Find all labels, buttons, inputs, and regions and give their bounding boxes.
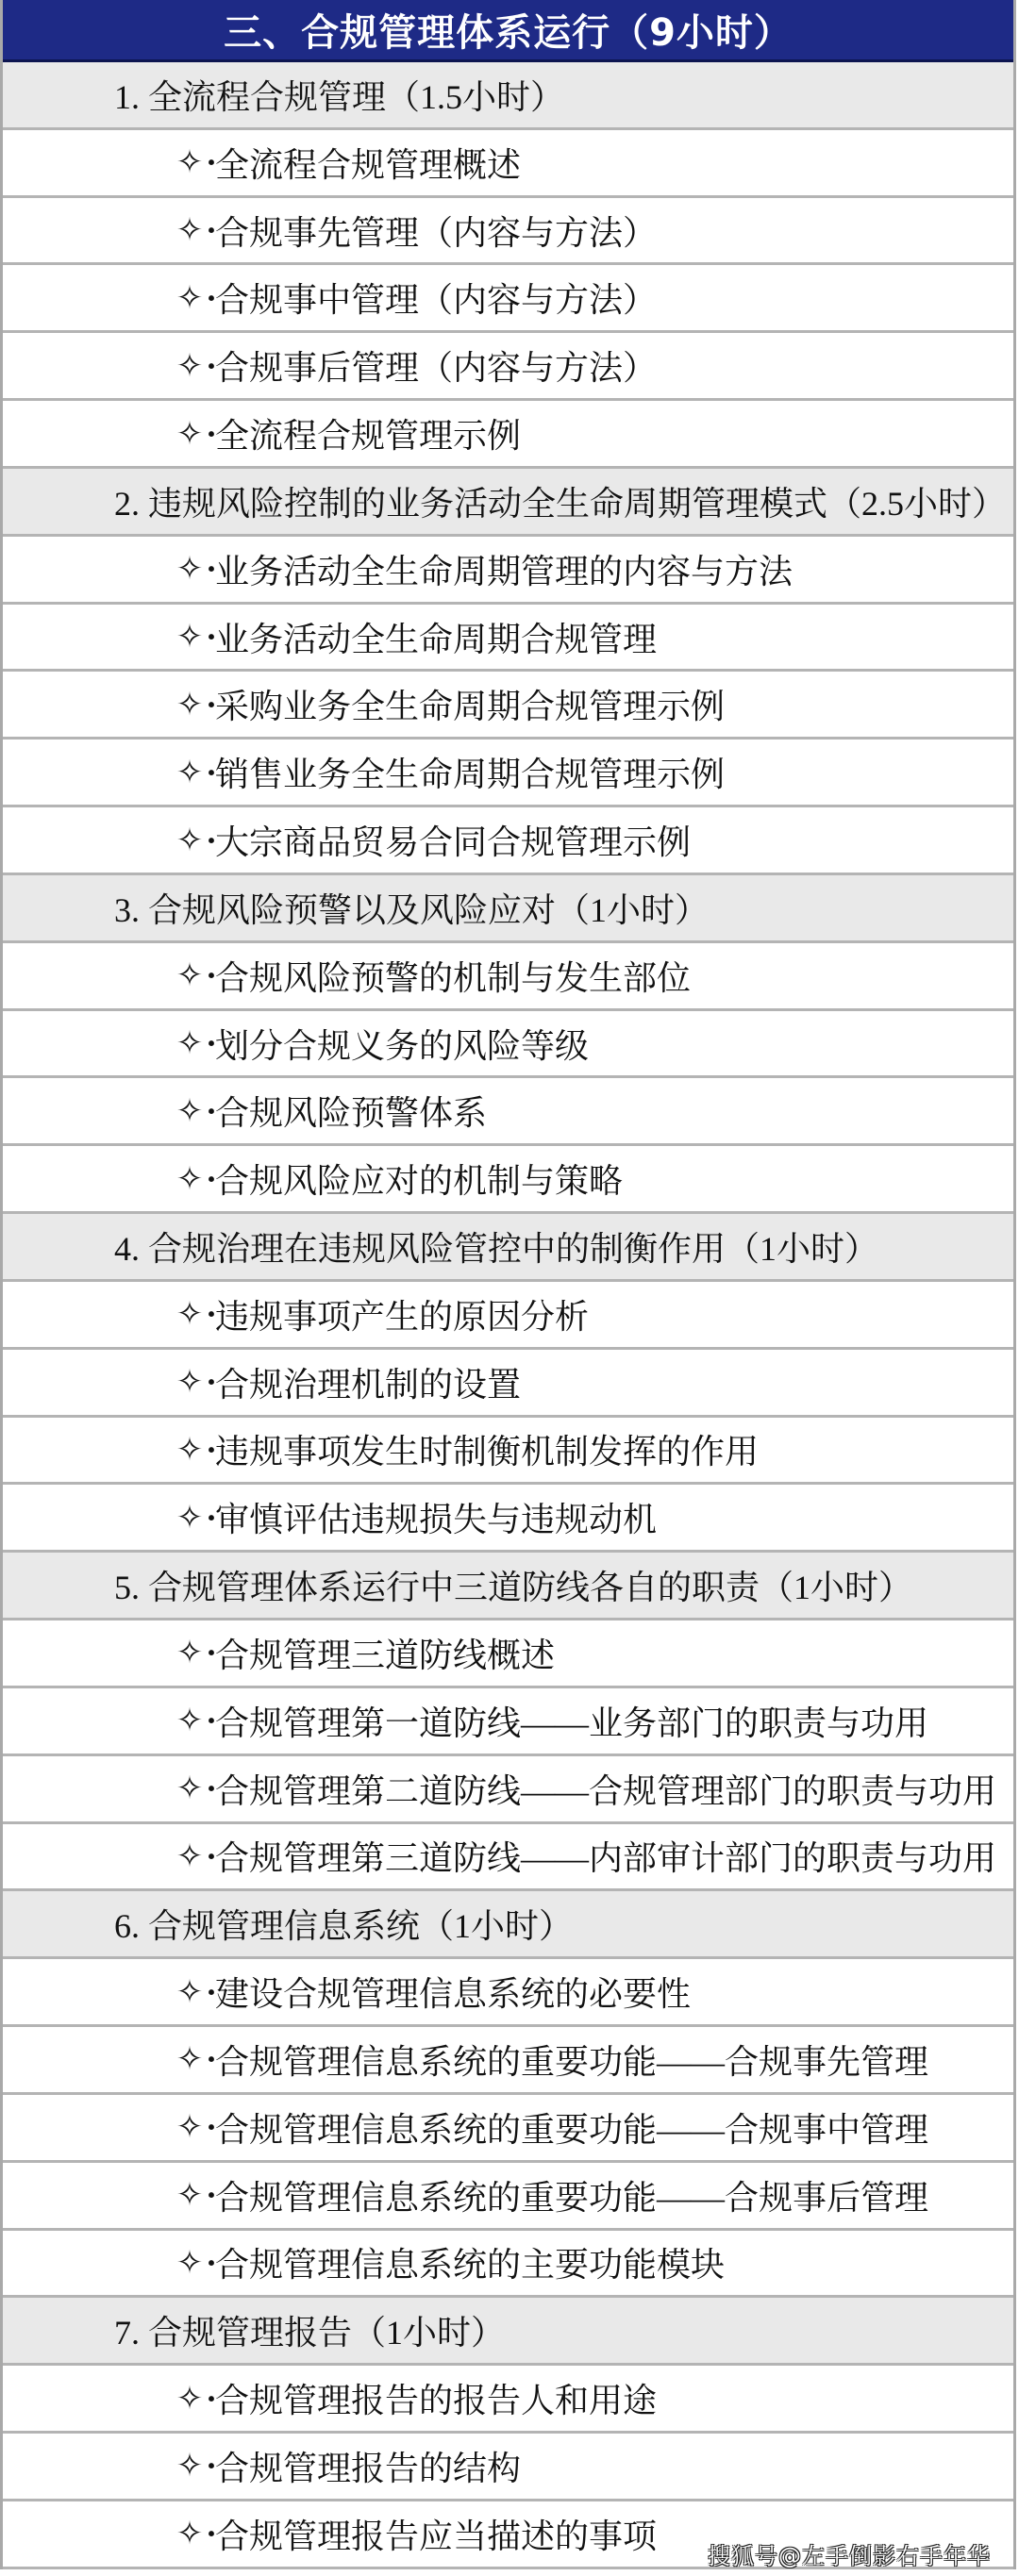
bullet-dot: · (206, 549, 215, 589)
list-item-label: 违规事项产生的原因分析 (215, 1290, 589, 1338)
list-item-label: 合规管理第二道防线——合规管理部门的职责与功用 (215, 1765, 996, 1813)
list-item-label: 合规管理报告的结构 (215, 2442, 521, 2490)
bullet-dot: · (206, 278, 215, 318)
list-item: ✧·合规风险预警体系 (3, 1078, 1013, 1146)
section-heading-2: 2. 违规风险控制的业务活动全生命周期管理模式（2.5小时） (3, 469, 1013, 537)
list-item: ✧·销售业务全生命周期合规管理示例 (3, 740, 1013, 807)
section-heading-4: 4. 合规治理在违规风险管控中的制衡作用（1小时） (3, 1214, 1013, 1282)
section-heading-label: 4. 合规治理在违规风险管控中的制衡作用（1小时） (114, 1222, 878, 1271)
list-item: ✧·合规管理报告的报告人和用途 (3, 2366, 1013, 2434)
four-point-star-icon: ✧ (174, 959, 206, 991)
bullet-dot: · (206, 1362, 215, 1402)
four-point-star-icon: ✧ (174, 2383, 206, 2415)
bullet-dot: · (206, 2039, 215, 2079)
list-item: ✧·划分合规义务的风险等级 (3, 1011, 1013, 1079)
list-item: ✧·合规风险预警的机制与发生部位 (3, 943, 1013, 1011)
bullet-dot: · (206, 753, 215, 792)
list-item-label: 合规管理信息系统的重要功能——合规事中管理 (215, 2103, 928, 2152)
four-point-star-icon: ✧ (174, 350, 206, 382)
bullet-dot: · (206, 2107, 215, 2147)
four-point-star-icon: ✧ (174, 1163, 206, 1195)
four-point-star-icon: ✧ (174, 2179, 206, 2211)
bullet-dot: · (206, 1701, 215, 1740)
four-point-star-icon: ✧ (174, 1502, 206, 1534)
list-item: ✧·合规风险应对的机制与策略 (3, 1146, 1013, 1214)
four-point-star-icon: ✧ (174, 2450, 206, 2482)
bullet-dot: · (206, 1836, 215, 1876)
four-point-star-icon: ✧ (174, 1434, 206, 1466)
bullet-dot: · (206, 414, 215, 454)
four-point-star-icon: ✧ (174, 553, 206, 585)
bullet-dot: · (206, 1498, 215, 1537)
section-heading-label: 1. 全流程合规管理（1.5小时） (114, 71, 564, 119)
list-item: ✧·合规管理三道防线概述 (3, 1620, 1013, 1688)
outline-rows: 1. 全流程合规管理（1.5小时）✧·全流程合规管理概述✧·合规事先管理（内容与… (3, 62, 1013, 2569)
list-item: ✧·审慎评估违规损失与违规动机 (3, 1485, 1013, 1553)
bullet-dot: · (206, 2175, 215, 2215)
watermark: 搜狐号@左手倒影右手年华 (708, 2537, 991, 2570)
four-point-star-icon: ✧ (174, 1366, 206, 1398)
list-item: ✧·合规事中管理（内容与方法） (3, 265, 1013, 333)
bullet-dot: · (206, 1091, 215, 1131)
bullet-dot: · (206, 2243, 215, 2283)
list-item-label: 合规事后管理（内容与方法） (215, 341, 657, 390)
section-heading-6: 6. 合规管理信息系统（1小时） (3, 1891, 1013, 1959)
list-item-label: 大宗商品贸易合同合规管理示例 (215, 816, 691, 864)
four-point-star-icon: ✧ (174, 824, 206, 856)
list-item-label: 合规管理信息系统的重要功能——合规事后管理 (215, 2171, 928, 2219)
section-heading-7: 7. 合规管理报告（1小时） (3, 2298, 1013, 2366)
list-item-label: 业务活动全生命周期合规管理 (215, 613, 657, 661)
list-item-label: 合规管理三道防线概述 (215, 1629, 555, 1677)
list-item-label: 合规管理报告应当描述的事项 (215, 2510, 657, 2558)
four-point-star-icon: ✧ (174, 1027, 206, 1059)
list-item-label: 合规管理信息系统的重要功能——合规事先管理 (215, 2036, 928, 2084)
list-item: ✧·合规管理第三道防线——内部审计部门的职责与功用 (3, 1824, 1013, 1892)
list-item: ✧·合规管理报告的结构 (3, 2434, 1013, 2501)
bullet-dot: · (206, 1159, 215, 1199)
section-heading-label: 7. 合规管理报告（1小时） (114, 2306, 505, 2354)
four-point-star-icon: ✧ (174, 1772, 206, 1804)
section-heading-5: 5. 合规管理体系运行中三道防线各自的职责（1小时） (3, 1553, 1013, 1620)
bullet-dot: · (206, 2446, 215, 2485)
four-point-star-icon: ✧ (174, 1298, 206, 1330)
list-item: ✧·大宗商品贸易合同合规管理示例 (3, 807, 1013, 875)
list-item-label: 合规管理信息系统的主要功能模块 (215, 2238, 725, 2286)
section-heading-1: 1. 全流程合规管理（1.5小时） (3, 62, 1013, 130)
four-point-star-icon: ✧ (174, 1840, 206, 1872)
course-outline-table: 三、合规管理体系运行（9小时） 1. 全流程合规管理（1.5小时）✧·全流程合规… (0, 0, 1016, 2569)
section-heading-label: 6. 合规管理信息系统（1小时） (114, 1900, 573, 1948)
four-point-star-icon: ✧ (174, 1637, 206, 1669)
four-point-star-icon: ✧ (174, 2111, 206, 2143)
bullet-dot: · (206, 2514, 215, 2553)
list-item-label: 业务活动全生命周期管理的内容与方法 (215, 545, 793, 593)
list-item: ✧·违规事项产生的原因分析 (3, 1282, 1013, 1350)
list-item: ✧·合规管理信息系统的重要功能——合规事中管理 (3, 2095, 1013, 2163)
bullet-dot: · (206, 1294, 215, 1334)
list-item: ✧·合规管理信息系统的重要功能——合规事先管理 (3, 2027, 1013, 2095)
list-item-label: 全流程合规管理概述 (215, 139, 521, 187)
four-point-star-icon: ✧ (174, 146, 206, 178)
list-item-label: 建设合规管理信息系统的必要性 (215, 1968, 691, 2016)
list-item: ✧·全流程合规管理示例 (3, 401, 1013, 469)
bullet-dot: · (206, 210, 215, 250)
list-item: ✧·合规事后管理（内容与方法） (3, 333, 1013, 401)
list-item-label: 合规风险预警的机制与发生部位 (215, 952, 691, 1000)
list-item-label: 合规管理第三道防线——内部审计部门的职责与功用 (215, 1832, 996, 1880)
list-item-label: 销售业务全生命周期合规管理示例 (215, 748, 725, 796)
bullet-dot: · (206, 685, 215, 724)
four-point-star-icon: ✧ (174, 689, 206, 721)
bullet-dot: · (206, 1430, 215, 1470)
four-point-star-icon: ✧ (174, 2043, 206, 2075)
bullet-dot: · (206, 1972, 215, 2012)
list-item-label: 合规事先管理（内容与方法） (215, 207, 657, 255)
list-item: ✧·业务活动全生命周期合规管理 (3, 605, 1013, 673)
bullet-dot: · (206, 1769, 215, 1808)
table-title: 三、合规管理体系运行（9小时） (3, 0, 1013, 62)
bullet-dot: · (206, 2379, 215, 2418)
list-item-label: 全流程合规管理示例 (215, 409, 521, 457)
four-point-star-icon: ✧ (174, 214, 206, 246)
list-item: ✧·合规管理第一道防线——业务部门的职责与功用 (3, 1688, 1013, 1756)
section-heading-label: 5. 合规管理体系运行中三道防线各自的职责（1小时） (114, 1561, 912, 1609)
list-item-label: 合规风险预警体系 (215, 1087, 487, 1135)
bullet-dot: · (206, 956, 215, 995)
list-item-label: 采购业务全生命周期合规管理示例 (215, 680, 725, 728)
list-item: ✧·合规管理信息系统的重要功能——合规事后管理 (3, 2163, 1013, 2231)
section-heading-label: 3. 合规风险预警以及风险应对（1小时） (114, 884, 709, 932)
list-item-label: 合规管理报告的报告人和用途 (215, 2374, 657, 2422)
four-point-star-icon: ✧ (174, 1095, 206, 1127)
list-item-label: 合规管理第一道防线——业务部门的职责与功用 (215, 1697, 928, 1745)
four-point-star-icon: ✧ (174, 282, 206, 314)
list-item: ✧·违规事项发生时制衡机制发挥的作用 (3, 1418, 1013, 1486)
list-item-label: 违规事项发生时制衡机制发挥的作用 (215, 1425, 759, 1473)
list-item: ✧·合规管理信息系统的主要功能模块 (3, 2231, 1013, 2299)
four-point-star-icon: ✧ (174, 1704, 206, 1737)
bullet-dot: · (206, 142, 215, 182)
list-item: ✧·合规管理第二道防线——合规管理部门的职责与功用 (3, 1756, 1013, 1824)
section-heading-label: 2. 违规风险控制的业务活动全生命周期管理模式（2.5小时） (114, 477, 1006, 525)
list-item: ✧·合规事先管理（内容与方法） (3, 198, 1013, 266)
list-item-label: 合规治理机制的设置 (215, 1358, 521, 1406)
bullet-dot: · (206, 1023, 215, 1063)
four-point-star-icon: ✧ (174, 1976, 206, 2008)
list-item-label: 合规风险应对的机制与策略 (215, 1155, 623, 1203)
list-item-label: 划分合规义务的风险等级 (215, 1020, 589, 1068)
list-item-label: 合规事中管理（内容与方法） (215, 274, 657, 322)
bullet-dot: · (206, 346, 215, 386)
bullet-dot: · (206, 821, 215, 860)
list-item-label: 审慎评估违规损失与违规动机 (215, 1493, 657, 1541)
four-point-star-icon: ✧ (174, 756, 206, 789)
bullet-dot: · (206, 617, 215, 656)
four-point-star-icon: ✧ (174, 621, 206, 653)
four-point-star-icon: ✧ (174, 2518, 206, 2550)
list-item: ✧·建设合规管理信息系统的必要性 (3, 1959, 1013, 2027)
list-item: ✧·全流程合规管理概述 (3, 130, 1013, 198)
list-item: ✧·采购业务全生命周期合规管理示例 (3, 672, 1013, 740)
bullet-dot: · (206, 1633, 215, 1672)
four-point-star-icon: ✧ (174, 418, 206, 450)
section-heading-3: 3. 合规风险预警以及风险应对（1小时） (3, 875, 1013, 943)
list-item: ✧·合规治理机制的设置 (3, 1350, 1013, 1418)
list-item: ✧·业务活动全生命周期管理的内容与方法 (3, 537, 1013, 605)
four-point-star-icon: ✧ (174, 2247, 206, 2279)
